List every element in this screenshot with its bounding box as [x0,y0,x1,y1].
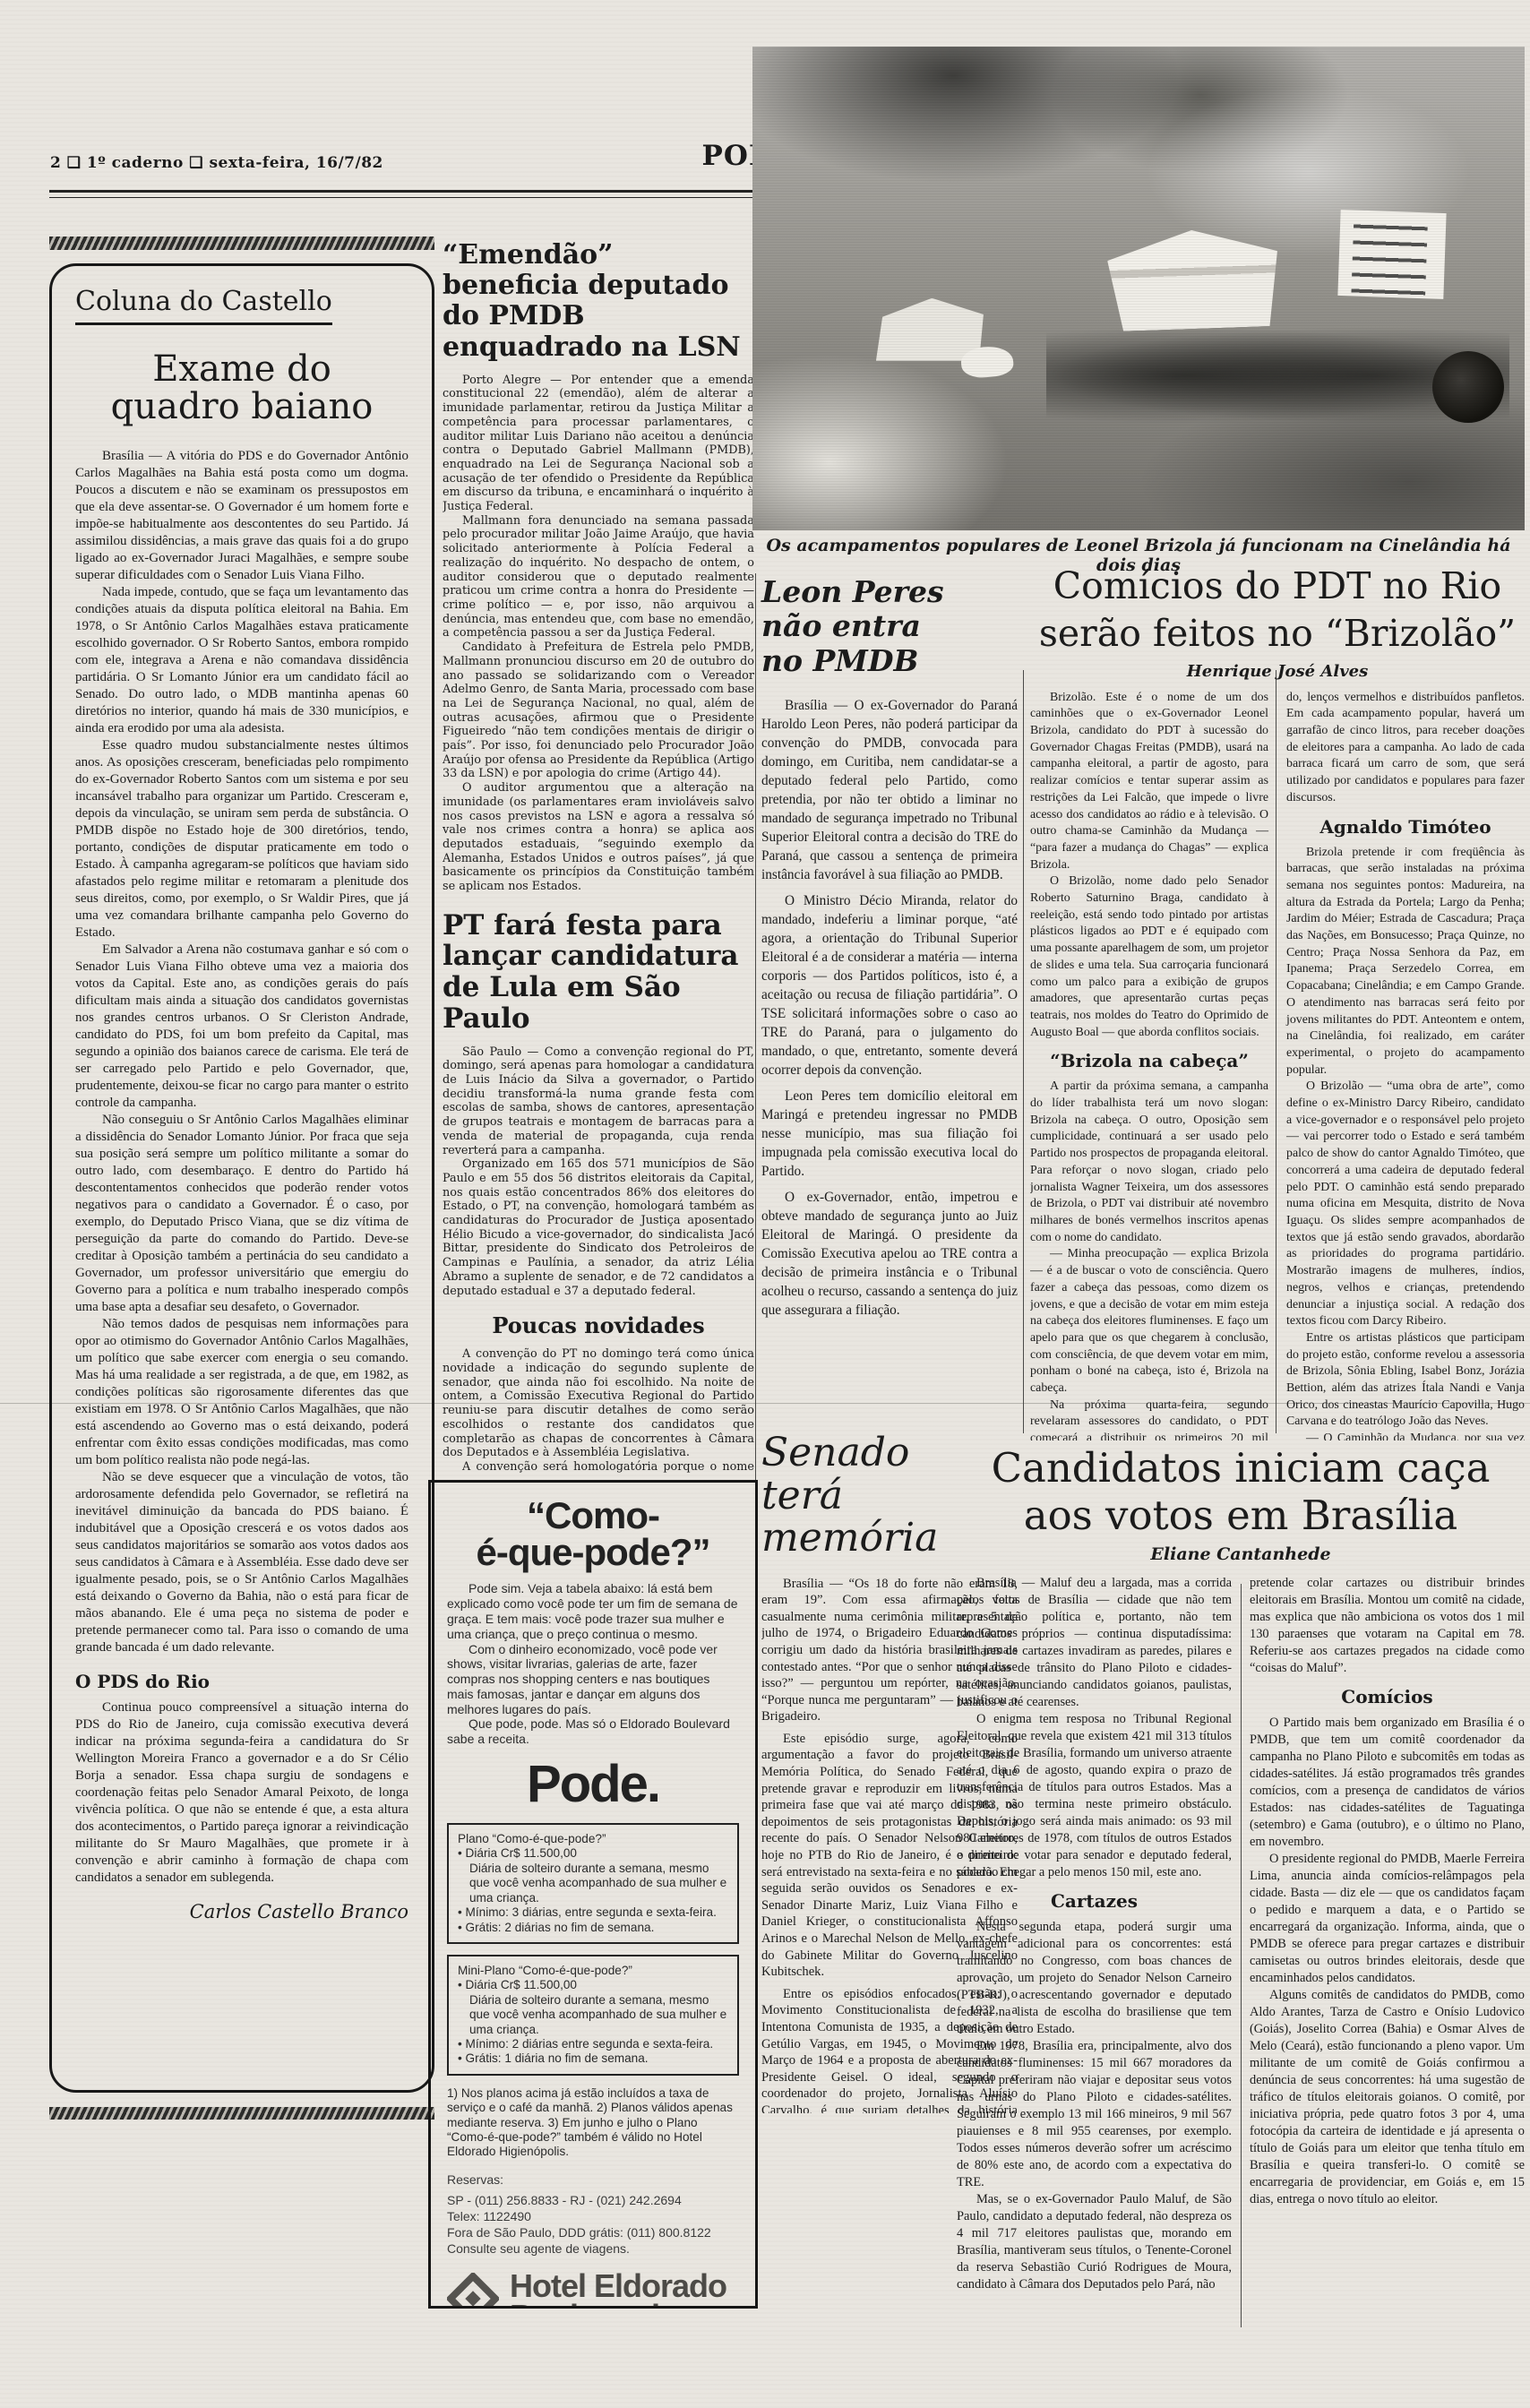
ad-notes: 1) Nos planos acima já estão incluídos a… [447,2086,739,2160]
paragraph: A convenção será homologatória porque o … [443,1460,754,1475]
news-photo-brizola-camp [752,47,1525,530]
candidatos-columns: Brasília — Maluf deu a largada, mas a co… [957,1575,1525,2318]
text-line: Consulte seu agente de viagens. [447,2240,739,2257]
text-line: serão feitos no “Brizolão” [1030,610,1525,658]
decorative-hatch-bar [49,2107,434,2120]
candidatos-subhead-cartazes: Cartazes [957,1890,1232,1912]
paragraph: Não temos dados de pesquisas nem informa… [75,1316,408,1469]
decorative-hatch-bar [49,236,434,250]
comicios-col1-body2: A partir da próxima semana, a campanha d… [1030,1079,1268,1440]
leon-peres-article: Leon Peresnão entrano PMDB Brasília — O … [761,575,1018,1395]
paragraph: O Brizolão — “uma obra de arte”, como de… [1286,1079,1525,1330]
paragraph: Mallmann fora denunciado na semana passa… [443,514,754,641]
comicios-subhead-brizola: “Brizola na cabeça” [1030,1050,1268,1071]
hotel-eldorado-logo-icon [447,2273,499,2309]
paragraph: — O Caminhão da Mudança, por sua vez — i… [1286,1431,1525,1440]
comicios-subhead-agnaldo: Agnaldo Timóteo [1286,816,1525,838]
ad-plan-free: Grátis: 2 diárias no fim de semana. [458,1921,728,1935]
column-title: Coluna do Castello [75,286,332,325]
candidatos-col1-body2: Nesta segunda etapa, poderá surgir uma v… [957,1919,1232,2293]
ad-plan-1: Plano “Como-é-que-pode?” Diária Cr$ 11.5… [447,1823,739,1944]
ad-plan-price-detail: Diária de solteiro durante a semana, mes… [458,1862,728,1905]
comicios-pdt-article: Comícios do PDT no Rioserão feitos no “B… [1030,563,1525,1440]
paragraph: Esse quadro mudou substancialmente neste… [75,737,408,942]
castello-headline: Exame doquadro baiano [75,350,408,426]
comicios-byline: Henrique José Alves [1030,662,1525,681]
pt-headline: PT fará festa para lançar candidatura de… [443,910,754,1035]
ad-plan-minimum: Mínimo: 2 diárias entre segunda e sexta-… [458,2037,728,2051]
paragraph: Não conseguiu o Sr Antônio Carlos Magalh… [75,1112,408,1316]
text-line: Candidatos iniciam caça [957,1444,1525,1492]
paragraph: Porto Alegre — Por entender que a emenda… [443,374,754,514]
text-line: Leon Peres [761,575,1018,609]
paragraph: Candidato à Prefeitura de Estrela pelo P… [443,641,754,781]
leon-peres-headline: Leon Peresnão entrano PMDB [761,575,1018,678]
paragraph: O Ministro Décio Miranda, relator do man… [761,891,1018,1079]
newspaper-page: 2 ❑ 1º caderno ❑ sexta-feira, 16/7/82 PO… [0,0,1530,2408]
paragraph: São Paulo — Como a convenção regional do… [443,1045,754,1158]
paragraph: Na próxima quarta-feira, segundo revelar… [1030,1397,1268,1440]
ad-plan-minimum: Mínimo: 3 diárias, entre segunda e sexta… [458,1905,728,1920]
candidatos-col2-body: O Partido mais bem organizado em Brasíli… [1250,1715,1525,2208]
photo-tent-shape [1106,228,1280,332]
edition-info: 2 ❑ 1º caderno ❑ sexta-feira, 16/7/82 [50,154,702,172]
paragraph: Brizola pretende ir com freqüência às ba… [1286,845,1525,1079]
paragraph: Brasília — Maluf deu a largada, mas a co… [957,1575,1232,1711]
ad-reservations: SP - (011) 256.8833 - RJ - (021) 242.269… [447,2192,739,2257]
candidatos-byline: Eliane Cantanhede [957,1544,1525,1564]
ad-plan-free: Grátis: 1 diária no fim de semana. [458,2051,728,2066]
paragraph: Pode sim. Veja a tabela abaixo: lá está … [447,1581,739,1641]
paragraph: Leon Peres tem domicílio eleitoral em Ma… [761,1087,1018,1181]
leon-peres-body: Brasília — O ex-Governador do Paraná Har… [761,696,1018,1395]
ad-headline: “Como-é-que-pode?” [447,1497,739,1570]
ad-plan-title: Plano “Como-é-que-pode?” [458,1832,728,1846]
photo-tent-shape [876,298,984,361]
paragraph: A partir da próxima semana, a campanha d… [1030,1079,1268,1246]
paragraph: Em 1978, Brasília era, principalmente, a… [957,2038,1232,2191]
text-line: aos votos em Brasília [957,1492,1525,1539]
paragraph: O Partido mais bem organizado em Brasíli… [1250,1715,1525,1851]
paragraph: Nesta segunda etapa, poderá surgir uma v… [957,1919,1232,2038]
paragraph: Que pode, pode. Mas só o Eldorado Boulev… [447,1716,739,1747]
text-line: Fora de São Paulo, DDD grátis: (011) 800… [447,2224,739,2240]
paragraph: — Minha preocupação — explica Brizola — … [1030,1246,1268,1397]
paragraph: O enigma tem resposa no Tribunal Regiona… [957,1711,1232,1881]
castello-box: Coluna do Castello Exame doquadro baiano… [49,263,434,2093]
emendao-headline: “Emendão” beneficia deputado do PMDB enq… [443,240,754,363]
ad-plan-price-detail: Diária de solteiro durante a semana, mes… [458,1993,728,2037]
photo-dog-shape [959,344,1014,380]
emendao-body: Porto Alegre — Por entender que a emenda… [443,374,754,894]
paragraph: Alguns comitês de candidatos do PMDB, co… [1250,1987,1525,2208]
candidatos-col2-lead: pretende colar cartazes ou distribuir br… [1250,1575,1525,1677]
pt-body: São Paulo — Como a convenção regional do… [443,1045,754,1299]
paragraph: Brasília — O ex-Governador do Paraná Har… [761,696,1018,884]
comicios-col-1: Brizolão. Este é o nome de um dos caminh… [1030,690,1268,1440]
paragraph: Em Salvador a Arena não costumava ganhar… [75,942,408,1112]
photo-drum-shape [1432,351,1504,423]
candidatos-col-1: Brasília — Maluf deu a largada, mas a co… [957,1575,1232,2318]
paragraph: O ex-Governador, então, impetrou e obtev… [761,1188,1018,1320]
ad-logo-row: Hotel EldoradoBoulevard [447,2271,739,2309]
comicios-col-2: do, lenços vermelhos e distribuídos panf… [1286,690,1525,1440]
candidatos-brasilia-article: Candidatos iniciam caçaaos votos em Bras… [957,1444,1525,2318]
paragraph: Organizado em 165 dos 571 municípios de … [443,1157,754,1298]
text-line: Exame do [75,350,408,388]
ad-plan-price: Diária Cr$ 11.500,00 [458,1846,728,1861]
text-line: Hotel Eldorado [510,2271,726,2301]
candidatos-subhead-comicios: Comícios [1250,1686,1525,1707]
castello-body: Brasília — A vitória do PDS e do Governa… [75,448,408,1656]
ad-reservations-label: Reservas: [447,2172,739,2187]
castello-subhead: O PDS do Rio [75,1671,408,1692]
paragraph: Brizolão. Este é o nome de um dos caminh… [1030,690,1268,874]
castello-column: Coluna do Castello Exame doquadro baiano… [49,236,434,2120]
paragraph: A convenção do PT no domingo terá como ú… [443,1347,754,1460]
paragraph: Mas, se o ex-Governador Paulo Maluf, de … [957,2191,1232,2293]
photo-sign-shape [1337,210,1446,299]
candidatos-col1-body: Brasília — Maluf deu a largada, mas a co… [957,1575,1232,1881]
ad-plan-price: Diária Cr$ 11.500,00 [458,1978,728,1992]
paragraph: Entre os artistas plásticos que particip… [1286,1330,1525,1431]
text-line: é-que-pode?” [447,1534,739,1570]
paragraph: Nada impede, contudo, que se faça um lev… [75,584,408,737]
columnist-signature: Carlos Castello Branco [75,1901,408,1922]
ad-intro: Pode sim. Veja a tabela abaixo: lá está … [447,1581,739,1747]
comicios-col2-body: Brizola pretende ir com freqüência às ba… [1286,845,1525,1440]
text-line: quadro baiano [75,388,408,426]
text-line: no PMDB [761,644,1018,678]
paragraph: O auditor argumentou que a alteração na … [443,781,754,894]
photo-crowd-shape [1046,327,1509,424]
paragraph: Não se deve esquecer que a vinculação de… [75,1469,408,1656]
pt-subhead-body: A convenção do PT no domingo terá como ú… [443,1347,754,1475]
hotel-eldorado-ad: “Como-é-que-pode?” Pode sim. Veja a tabe… [428,1480,758,2309]
candidatos-col-2: pretende colar cartazes ou distribuir br… [1250,1575,1525,2318]
paragraph: O presidente regional do PMDB, Maerle Fe… [1250,1851,1525,1987]
candidatos-headline: Candidatos iniciam caçaaos votos em Bras… [957,1444,1525,1539]
ad-big-word: Pode. [447,1754,739,1814]
pt-subhead: Poucas novidades [443,1312,754,1338]
paragraph: Brasília — A vitória do PDS e do Governa… [75,448,408,584]
comicios-headline: Comícios do PDT no Rioserão feitos no “B… [1030,563,1525,658]
text-line: Comícios do PDT no Rio [1030,563,1525,610]
castello-subhead-body: Continua pouco compreensível a situação … [75,1699,408,1887]
text-line: não entra [761,609,1018,643]
comicios-col1-body: Brizolão. Este é o nome de um dos caminh… [1030,690,1268,1042]
comicios-col2-lead: do, lenços vermelhos e distribuídos panf… [1286,690,1525,807]
column-rule [1023,670,1024,1433]
text-line: “Como- [447,1497,739,1534]
text-line: Telex: 1122490 [447,2208,739,2224]
ad-logo-text: Hotel EldoradoBoulevard [510,2271,726,2309]
ad-plan-2: Mini-Plano “Como-é-que-pode?” Diária Cr$… [447,1955,739,2076]
paragraph: O Brizolão, nome dado pelo Senador Rober… [1030,873,1268,1041]
paragraph: Com o dinheiro economizado, você pode ve… [447,1642,739,1717]
paragraph: Continua pouco compreensível a situação … [75,1699,408,1887]
ad-plan-title: Mini-Plano “Como-é-que-pode?” [458,1964,728,1978]
comicios-columns: Brizolão. Este é o nome de um dos caminh… [1030,690,1525,1440]
text-line: SP - (011) 256.8833 - RJ - (021) 242.269… [447,2192,739,2208]
middle-column: “Emendão” beneficia deputado do PMDB enq… [443,240,754,1475]
